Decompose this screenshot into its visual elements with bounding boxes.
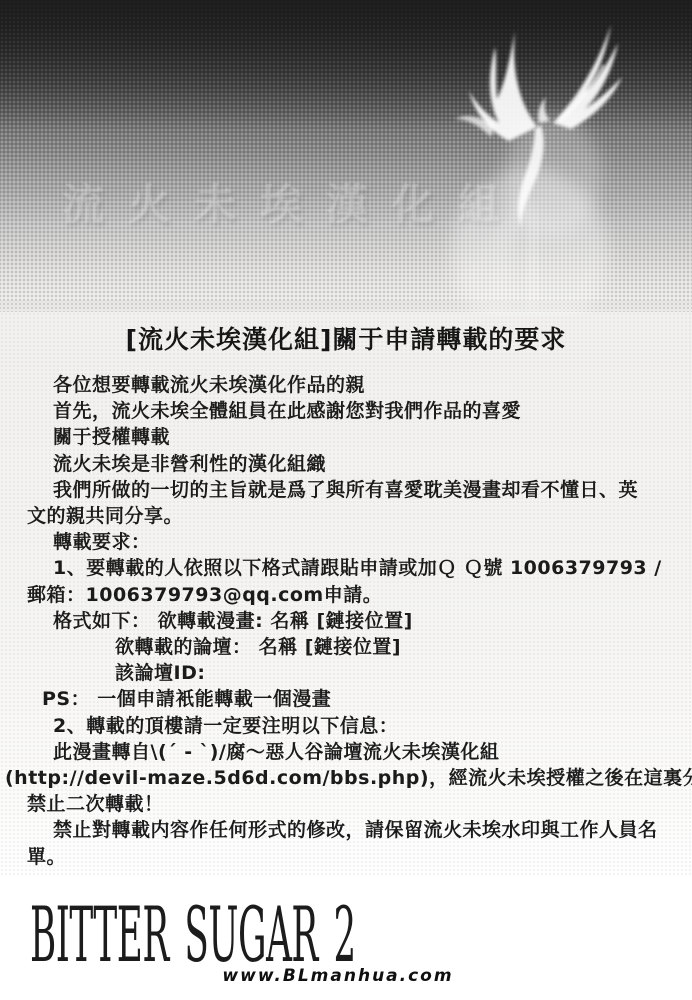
notice-line: 首先，流火未埃全體組員在此感謝您對我們作品的喜愛 xyxy=(27,398,677,424)
notice-body: 各位想要轉載流火未埃漢化作品的親 首先，流火未埃全體組員在此感謝您對我們作品的喜… xyxy=(27,372,677,870)
phoenix-flame-icon xyxy=(425,5,675,315)
notice-line: 關于授權轉載 xyxy=(27,424,677,450)
notice-line: 格式如下： 欲轉載漫畫: 名稱 [鏈接位置] xyxy=(27,608,677,634)
notice-line: 2、轉載的頂樓請一定要注明以下信息： xyxy=(27,713,677,739)
notice-line: 文的親共同分享。 xyxy=(27,503,677,529)
notice-line: 此漫畫轉自\(ˊ - ˋ)/腐～惡人谷論壇流火未埃漢化組 xyxy=(27,739,677,765)
notice-line: 各位想要轉載流火未埃漢化作品的親 xyxy=(27,372,677,398)
notice-line: 欲轉載的論壇： 名稱 [鏈接位置] xyxy=(27,634,677,660)
notice-line: 禁止對轉載内容作任何形式的修改，請保留流火未埃水印與工作人員名 xyxy=(27,817,677,843)
notice-line: 禁止二次轉載！ xyxy=(27,791,677,817)
series-title: BITTER SUGAR 2 xyxy=(30,897,356,973)
notice-line: (http://devil-maze.5d6d.com/bbs.php)，經流火… xyxy=(5,765,677,791)
notice-page: 流火未埃漢化組 [流火未埃漢化組]關于申請轉載的要求 各位想要轉載流火 xyxy=(0,0,692,1000)
notice-line: 郵箱：1006379793@qq.com申請。 xyxy=(27,582,677,608)
header-banner: 流火未埃漢化組 xyxy=(0,0,692,312)
notice-title: [流火未埃漢化組]關于申請轉載的要求 xyxy=(0,320,692,356)
notice-line: 轉載要求： xyxy=(27,529,677,555)
notice-line: PS： 一個申請衹能轉載一個漫畫 xyxy=(27,686,677,712)
notice-line: 該論壇ID: xyxy=(27,660,677,686)
website-url: www.BLmanhua.com xyxy=(0,966,676,986)
notice-line: 我們所做的一切的主旨就是爲了與所有喜愛耽美漫畫却看不懂日、英 xyxy=(27,477,677,503)
notice-line: 流火未埃是非營利性的漢化組織 xyxy=(27,451,677,477)
notice-line: 單。 xyxy=(27,844,677,870)
notice-line: 1、要轉載的人依照以下格式請跟貼申請或加Ｑ Ｑ號 1006379793 / xyxy=(27,555,677,581)
